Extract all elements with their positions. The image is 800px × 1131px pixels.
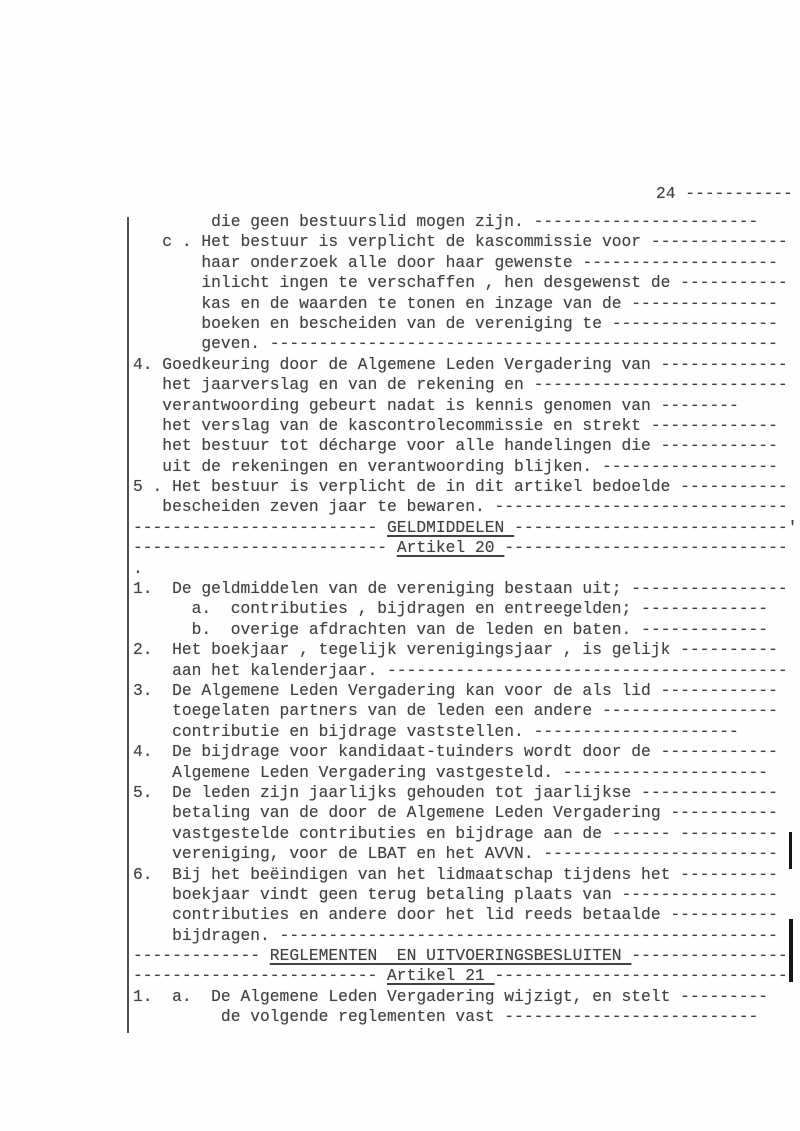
- text-line: 1. a. De Algemene Leden Vergadering wijz…: [133, 987, 797, 1007]
- text-line: uit de rekeningen en verantwoording blij…: [133, 457, 797, 477]
- text-line: bescheiden zeven jaar te bewaren. ------…: [133, 497, 797, 517]
- text-line: 5. De leden zijn jaarlijks gehouden tot …: [133, 783, 797, 803]
- scanned-document-page: 24 ----------- die geen bestuurslid moge…: [0, 0, 800, 1131]
- scan-artifact-bar: [789, 832, 792, 869]
- text-line: 1. De geldmiddelen van de vereniging bes…: [133, 579, 797, 599]
- text-line: geven. ---------------------------------…: [133, 334, 797, 354]
- text-line: toegelaten partners van de leden een and…: [133, 701, 797, 721]
- text-line: haar onderzoek alle door haar gewenste -…: [133, 253, 797, 273]
- text-line: 4. Goedkeuring door de Algemene Leden Ve…: [133, 355, 797, 375]
- text-line: aan het kalenderjaar. ------------------…: [133, 661, 797, 681]
- underlined-heading: REGLEMENTEN EN UITVOERINGSBESLUITEN: [270, 946, 632, 965]
- text-line: die geen bestuurslid mogen zijn. -------…: [133, 212, 797, 232]
- underlined-heading: GELDMIDDELEN: [387, 518, 514, 537]
- text-line: c . Het bestuur is verplicht de kascommi…: [133, 232, 797, 252]
- page-number: 24 -----------: [656, 184, 793, 204]
- text-line: 6. Bij het beëindigen van het lidmaatsch…: [133, 865, 797, 885]
- text-line: contributies en andere door het lid reed…: [133, 905, 797, 925]
- text-line: Algemene Leden Vergadering vastgesteld. …: [133, 763, 797, 783]
- text-line: het bestuur tot décharge voor alle hande…: [133, 436, 797, 456]
- text-line: betaling van de door de Algemene Leden V…: [133, 803, 797, 823]
- left-margin-rule: [127, 217, 129, 1033]
- text-line: 4. De bijdrage voor kandidaat-tuinders w…: [133, 742, 797, 762]
- text-line: contributie en bijdrage vaststellen. ---…: [133, 722, 797, 742]
- text-line: boeken en bescheiden van de vereniging t…: [133, 314, 797, 334]
- text-line: 3. De Algemene Leden Vergadering kan voo…: [133, 681, 797, 701]
- document-text-body: die geen bestuurslid mogen zijn. -------…: [133, 212, 797, 1028]
- text-line: vastgestelde contributies en bijdrage aa…: [133, 824, 797, 844]
- underlined-heading: Artikel 20: [397, 538, 504, 557]
- text-line: inlicht ingen te verschaffen , hen desge…: [133, 273, 797, 293]
- text-line: ------------------------- GELDMIDDELEN -…: [133, 518, 797, 538]
- text-line: a. contributies , bijdragen en entreegel…: [133, 599, 797, 619]
- text-line: b. overige afdrachten van de leden en ba…: [133, 620, 797, 640]
- text-line: ------------- REGLEMENTEN EN UITVOERINGS…: [133, 946, 797, 966]
- text-line: ------------------------- Artikel 21 ---…: [133, 966, 797, 986]
- text-line: bijdragen. -----------------------------…: [133, 926, 797, 946]
- text-line: het verslag van de kascontrolecommissie …: [133, 416, 797, 436]
- text-line: -------------------------- Artikel 20 --…: [133, 538, 797, 558]
- text-line: .: [133, 559, 797, 579]
- text-line: boekjaar vindt geen terug betaling plaat…: [133, 885, 797, 905]
- text-line: kas en de waarden te tonen en inzage van…: [133, 294, 797, 314]
- text-line: verantwoording gebeurt nadat is kennis g…: [133, 396, 797, 416]
- underlined-heading: Artikel 21: [387, 966, 494, 985]
- scan-artifact-bar: [789, 919, 793, 982]
- text-line: 5 . Het bestuur is verplicht de in dit a…: [133, 477, 797, 497]
- text-line: de volgende reglementen vast -----------…: [133, 1007, 797, 1027]
- text-line: vereniging, voor de LBAT en het AVVN. --…: [133, 844, 797, 864]
- text-line: het jaarverslag en van de rekening en --…: [133, 375, 797, 395]
- text-line: 2. Het boekjaar , tegelijk verenigingsja…: [133, 640, 797, 660]
